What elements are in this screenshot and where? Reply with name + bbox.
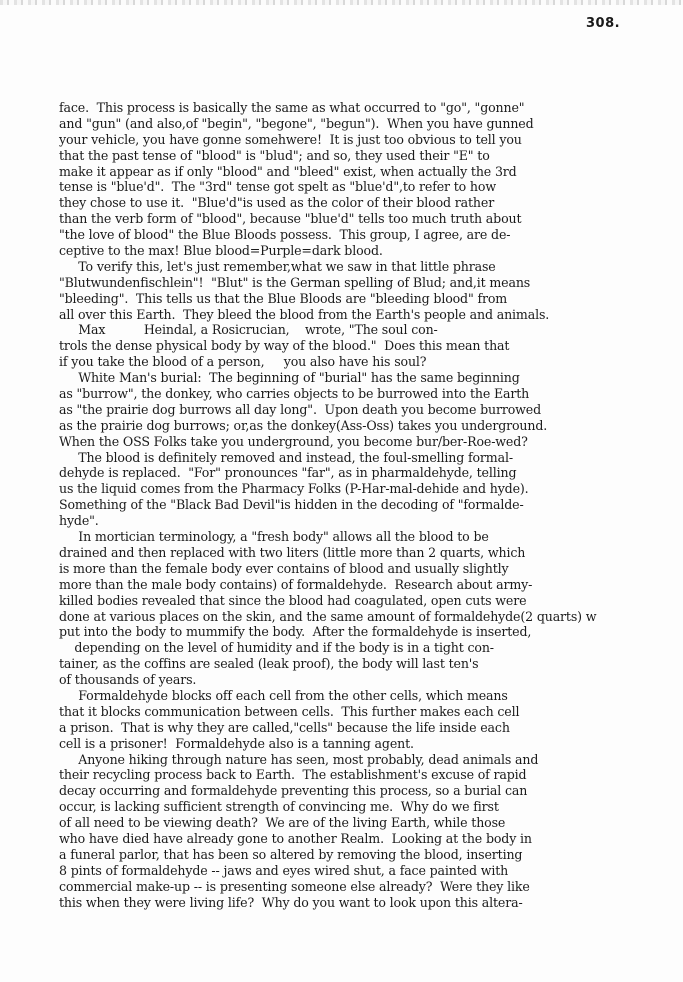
text-line: tense is "blue'd". The "3rd" tense got s… xyxy=(59,179,683,195)
text-line: more than the male body contains) of for… xyxy=(59,577,683,593)
text-line: cell is a prisoner! Formaldehyde also is… xyxy=(59,736,683,752)
text-line: who have died have already gone to anoth… xyxy=(59,831,683,847)
text-line: they chose to use it. "Blue'd"is used as… xyxy=(59,195,683,211)
text-line: 8 pints of formaldehyde -- jaws and eyes… xyxy=(59,863,683,879)
text-line: that it blocks communication between cel… xyxy=(59,704,683,720)
body-text: face. This process is basically the same… xyxy=(59,100,683,910)
text-line: than the verb form of "blood", because "… xyxy=(59,211,683,227)
text-line: depending on the level of humidity and i… xyxy=(59,640,683,656)
text-line: Formaldehyde blocks off each cell from t… xyxy=(59,688,683,704)
text-line: hyde". xyxy=(59,513,683,529)
text-line: White Man's burial: The beginning of "bu… xyxy=(59,370,683,386)
text-line: as "the prairie dog burrows all day long… xyxy=(59,402,683,418)
text-line: The blood is definitely removed and inst… xyxy=(59,450,683,466)
text-line: their recycling process back to Earth. T… xyxy=(59,767,683,783)
text-line: To verify this, let's just remember,what… xyxy=(59,259,683,275)
text-line: commercial make-up -- is presenting some… xyxy=(59,879,683,895)
text-line: a prison. That is why they are called,"c… xyxy=(59,720,683,736)
text-line: as "burrow", the donkey, who carries obj… xyxy=(59,386,683,402)
text-line: drained and then replaced with two liter… xyxy=(59,545,683,561)
text-line: "bleeding". This tells us that the Blue … xyxy=(59,291,683,307)
text-line: face. This process is basically the same… xyxy=(59,100,683,116)
text-line: decay occurring and formaldehyde prevent… xyxy=(59,783,683,799)
text-line: a funeral parlor, that has been so alter… xyxy=(59,847,683,863)
text-line: us the liquid comes from the Pharmacy Fo… xyxy=(59,481,683,497)
text-line: as the prairie dog burrows; or,as the do… xyxy=(59,418,683,434)
text-line: killed bodies revealed that since the bl… xyxy=(59,593,683,609)
text-line: occur, is lacking sufficient strength of… xyxy=(59,799,683,815)
text-line: "Blutwundenfischlein"! "Blut" is the Ger… xyxy=(59,275,683,291)
text-line: of thousands of years. xyxy=(59,672,683,688)
scan-border-noise xyxy=(0,0,683,5)
text-line: put into the body to mummify the body. A… xyxy=(59,624,683,640)
text-line: ceptive to the max! Blue blood=Purple=da… xyxy=(59,243,683,259)
text-line: make it appear as if only "blood" and "b… xyxy=(59,164,683,180)
text-line: tainer, as the coffins are sealed (leak … xyxy=(59,656,683,672)
text-line: all over this Earth. They bleed the bloo… xyxy=(59,307,683,323)
text-line: done at various places on the skin, and … xyxy=(59,609,683,625)
text-line: When the OSS Folks take you underground,… xyxy=(59,434,683,450)
text-line: Something of the "Black Bad Devil"is hid… xyxy=(59,497,683,513)
text-line: Anyone hiking through nature has seen, m… xyxy=(59,752,683,768)
text-line: dehyde is replaced. "For" pronounces "fa… xyxy=(59,465,683,481)
text-line: if you take the blood of a person, you a… xyxy=(59,354,683,370)
text-line: and "gun" (and also,of "begin", "begone"… xyxy=(59,116,683,132)
text-line: In mortician terminology, a "fresh body"… xyxy=(59,529,683,545)
text-line: is more than the female body ever contai… xyxy=(59,561,683,577)
page-number: 308. xyxy=(586,16,620,31)
text-line: of all need to be viewing death? We are … xyxy=(59,815,683,831)
text-line: that the past tense of "blood" is "blud"… xyxy=(59,148,683,164)
text-line: this when they were living life? Why do … xyxy=(59,895,683,911)
text-line: "the love of blood" the Blue Bloods poss… xyxy=(59,227,683,243)
text-line: your vehicle, you have gonne somehwere! … xyxy=(59,132,683,148)
text-line: Max Heindal, a Rosicrucian, wrote, "The … xyxy=(59,322,683,338)
text-line: trols the dense physical body by way of … xyxy=(59,338,683,354)
